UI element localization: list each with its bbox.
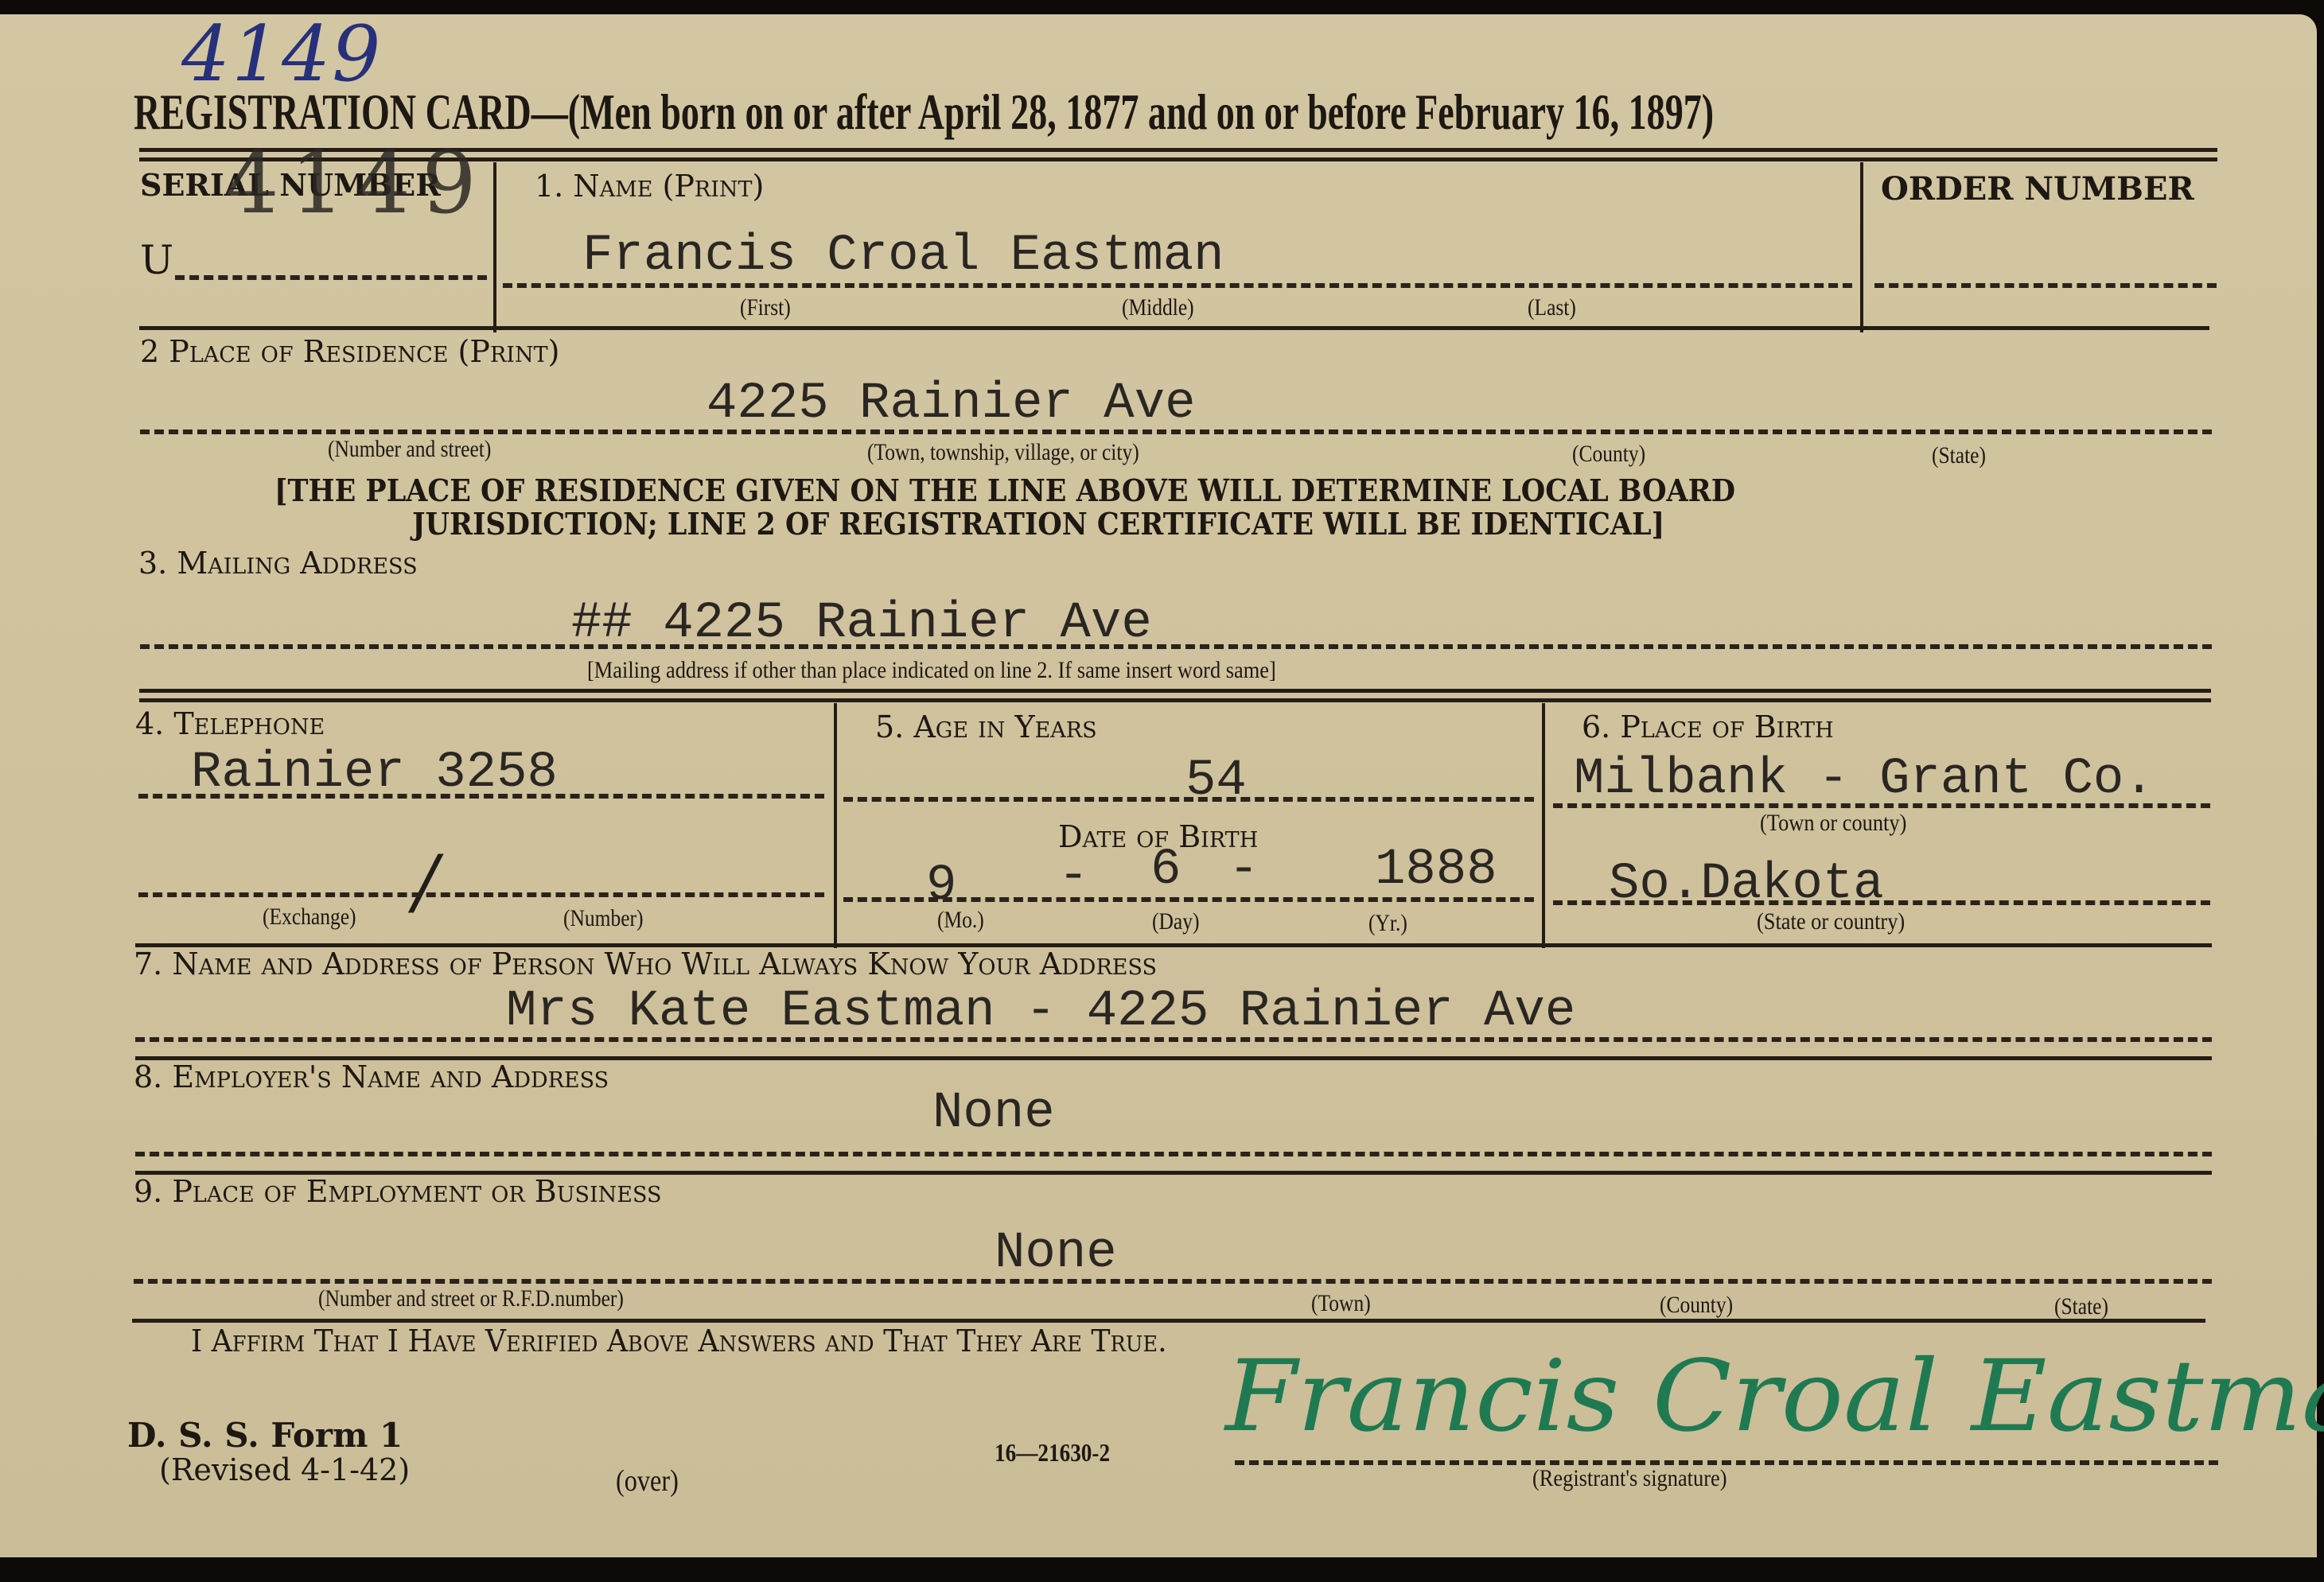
dob-line	[843, 897, 1534, 902]
caption-exchange: (Exchange)	[263, 904, 356, 931]
residence-line	[140, 430, 2212, 434]
rule-before-row4	[139, 689, 2211, 693]
residence-notice-line2: JURISDICTION; LINE 2 OF REGISTRATION CER…	[412, 506, 1664, 542]
birthplace-town: Milbank - Grant Co.	[1574, 751, 2155, 808]
employment-label: 9. Place of Employment or Business	[134, 1174, 661, 1209]
divider-age-birthplace	[1542, 703, 1545, 948]
caption-month: (Mo.)	[937, 907, 984, 934]
registration-card: 4149 REGISTRATION CARD—(Men born on or a…	[0, 14, 2317, 1557]
caption-middle: (Middle)	[1122, 294, 1194, 321]
employer-value: None	[932, 1085, 1055, 1142]
rule-after-name	[139, 326, 2209, 330]
mailing-line	[140, 644, 2212, 649]
telephone-line-2	[138, 892, 824, 897]
residence-value: 4225 Rainier Ave	[707, 375, 1196, 433]
age-line	[843, 797, 1534, 802]
caption-county: (County)	[1572, 441, 1645, 468]
affirmation-text: I Affirm That I Have Verified Above Answ…	[191, 1324, 1167, 1358]
order-number-line	[1874, 283, 2217, 288]
caption-phone-number: (Number)	[563, 905, 644, 932]
employer-label: 8. Employer's Name and Address	[134, 1059, 609, 1094]
contact-label: 7. Name and Address of Person Who Will A…	[134, 946, 1157, 981]
rule-before-affirm	[132, 1319, 2205, 1323]
caption-number-street: (Number and street)	[328, 436, 491, 463]
contact-value: Mrs Kate Eastman - 4225 Rainier Ave	[506, 983, 1575, 1040]
caption-first: (First)	[740, 294, 791, 321]
serial-prefix: U	[140, 237, 173, 283]
serial-line	[175, 275, 487, 280]
registrant-signature: Francis Croal Eastman	[1225, 1339, 2324, 1454]
caption-year: (Yr.)	[1368, 910, 1407, 937]
caption-day: (Day)	[1152, 908, 1199, 935]
signature-caption: (Registrant's signature)	[1532, 1465, 1727, 1492]
employer-line	[135, 1152, 2212, 1156]
employment-line	[134, 1279, 2212, 1284]
caption-emp-town: (Town)	[1311, 1290, 1371, 1317]
print-code: 16—21630-2	[995, 1438, 1110, 1467]
over-note: (over)	[616, 1463, 679, 1498]
caption-rfd: (Number and street or R.F.D.number)	[318, 1285, 624, 1312]
name-value: Francis Croal Eastman	[582, 227, 1224, 285]
caption-town: (Town, township, village, or city)	[867, 439, 1139, 466]
serial-number-stamp: 4149	[224, 134, 488, 233]
contact-line	[135, 1037, 2212, 1042]
residence-label: 2 Place of Residence (Print)	[140, 334, 559, 369]
birthplace-label: 6. Place of Birth	[1582, 709, 1834, 744]
order-number-label: ORDER NUMBER	[1881, 170, 2194, 208]
dob-year: 1888	[1375, 842, 1497, 899]
dob-day: 6	[1150, 842, 1181, 899]
name-line	[503, 283, 1852, 288]
mailing-caption: [Mailing address if other than place ind…	[587, 657, 1276, 684]
mailing-label: 3. Mailing Address	[138, 546, 418, 581]
form-number: D. S. S. Form 1	[127, 1416, 403, 1455]
caption-state: (State)	[1932, 442, 1986, 469]
divider-name-order	[1860, 162, 1863, 332]
name-label: 1. Name (Print)	[535, 169, 764, 204]
divider-serial-name	[493, 162, 496, 332]
telephone-mark: /	[414, 840, 438, 923]
form-revised: (Revised 4-1-42)	[159, 1452, 410, 1487]
caption-last: (Last)	[1528, 294, 1576, 321]
rule-before-row4-2	[139, 698, 2211, 702]
caption-emp-state: (State)	[2054, 1293, 2108, 1320]
birthplace-town-line	[1553, 803, 2210, 808]
divider-phone-age	[834, 703, 837, 948]
employment-value: None	[995, 1225, 1117, 1282]
card-title: REGISTRATION CARD—(Men born on or after …	[134, 83, 1714, 142]
telephone-label: 4. Telephone	[135, 706, 325, 741]
telephone-line	[138, 794, 824, 799]
caption-state-country: (State or country)	[1757, 908, 1905, 935]
dob-sep-2: -	[1228, 842, 1259, 899]
caption-town-county: (Town or county)	[1760, 810, 1906, 837]
caption-emp-county: (County)	[1660, 1292, 1733, 1319]
age-label: 5. Age in Years	[875, 709, 1097, 744]
birthplace-state-line	[1553, 900, 2210, 905]
residence-notice-line1: [THE PLACE OF RESIDENCE GIVEN ON THE LIN…	[274, 472, 1735, 508]
